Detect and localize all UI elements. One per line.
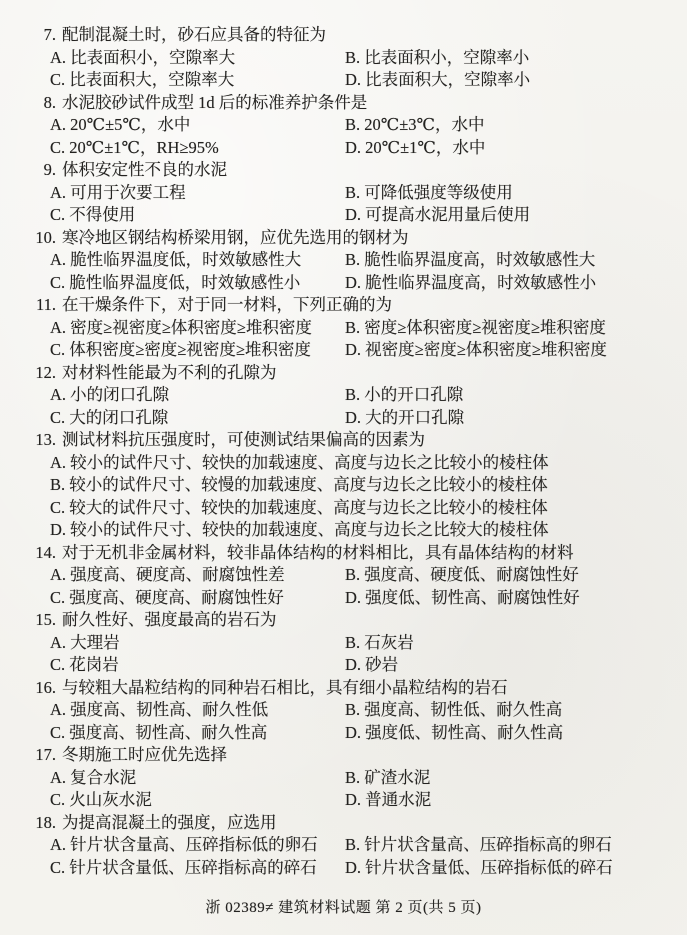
question: 7.配制混凝土时，砂石应具备的特征为A. 比表面积小，空隙率大B. 比表面积小，…	[22, 24, 677, 92]
option: A. 密度≥视密度≥体积密度≥堆积密度	[50, 317, 345, 340]
option: A. 强度高、韧性高、耐久性低	[50, 699, 345, 722]
question-number: 15.	[22, 609, 56, 632]
option: B. 可降低强度等级使用	[345, 182, 677, 205]
question: 18.为提高混凝土的强度，应选用A. 针片状含量高、压碎指标低的卵石B. 针片状…	[22, 812, 677, 880]
question-stem: 在干燥条件下，对于同一材料，下列正确的为	[62, 294, 392, 317]
exam-page: 7.配制混凝土时，砂石应具备的特征为A. 比表面积小，空隙率大B. 比表面积小，…	[0, 0, 687, 935]
option: A. 较小的试件尺寸、较快的加载速度、高度与边长之比较小的棱柱体	[50, 452, 677, 475]
option-group: A. 脆性临界温度低，时效敏感性大B. 脆性临界温度高，时效敏感性大C. 脆性临…	[22, 249, 677, 294]
page-footer: 浙 02389≠ 建筑材料试题 第 2 页(共 5 页)	[0, 897, 687, 920]
option: C. 较大的试件尺寸、较快的加载速度、高度与边长之比较小的棱柱体	[50, 497, 677, 520]
option: B. 矿渣水泥	[345, 767, 677, 790]
question: 13.测试材料抗压强度时，可使测试结果偏高的因素为A. 较小的试件尺寸、较快的加…	[22, 429, 677, 542]
option: A. 大理岩	[50, 632, 345, 655]
option: C. 强度高、韧性高、耐久性高	[50, 722, 345, 745]
question-stem: 为提高混凝土的强度，应选用	[62, 812, 277, 835]
question: 9.体积安定性不良的水泥A. 可用于次要工程B. 可降低强度等级使用C. 不得使…	[22, 159, 677, 227]
question-stem: 配制混凝土时，砂石应具备的特征为	[62, 24, 326, 47]
option: A. 比表面积小，空隙率大	[50, 47, 345, 70]
option: D. 大的开口孔隙	[345, 407, 677, 430]
question-number: 9.	[22, 159, 56, 182]
option: B. 20℃±3℃，水中	[345, 114, 677, 137]
option-group: A. 大理岩B. 石灰岩C. 花岗岩D. 砂岩	[22, 632, 677, 677]
option: D. 强度低、韧性高、耐腐蚀性好	[345, 587, 677, 610]
option: C. 20℃±1℃，RH≥95%	[50, 137, 345, 160]
option: B. 较小的试件尺寸、较慢的加载速度、高度与边长之比较小的棱柱体	[50, 474, 677, 497]
option: B. 强度高、硬度低、耐腐蚀性好	[345, 564, 677, 587]
option-group: A. 针片状含量高、压碎指标低的卵石B. 针片状含量高、压碎指标高的卵石C. 针…	[22, 834, 677, 879]
question-stem-row: 9.体积安定性不良的水泥	[22, 159, 677, 182]
option: C. 花岗岩	[50, 654, 345, 677]
option: C. 强度高、硬度高、耐腐蚀性好	[50, 587, 345, 610]
question-stem-row: 11.在干燥条件下，对于同一材料，下列正确的为	[22, 294, 677, 317]
option: D. 普通水泥	[345, 789, 677, 812]
question: 8.水泥胶砂试件成型 1d 后的标准养护条件是A. 20℃±5℃，水中B. 20…	[22, 92, 677, 160]
option-group: A. 可用于次要工程B. 可降低强度等级使用C. 不得使用D. 可提高水泥用量后…	[22, 182, 677, 227]
option: C. 不得使用	[50, 204, 345, 227]
option: C. 体积密度≥密度≥视密度≥堆积密度	[50, 339, 345, 362]
question-stem-row: 16.与较粗大晶粒结构的同种岩石相比，具有细小晶粒结构的岩石	[22, 677, 677, 700]
option: B. 密度≥体积密度≥视密度≥堆积密度	[345, 317, 677, 340]
option: D. 脆性临界温度高，时效敏感性小	[345, 272, 677, 295]
question-number: 14.	[22, 542, 56, 565]
option: C. 大的闭口孔隙	[50, 407, 345, 430]
question-stem-row: 12.对材料性能最为不利的孔隙为	[22, 362, 677, 385]
question-stem: 与较粗大晶粒结构的同种岩石相比，具有细小晶粒结构的岩石	[62, 677, 508, 700]
question: 14.对于无机非金属材料，较非晶体结构的材料相比，具有晶体结构的材料A. 强度高…	[22, 542, 677, 610]
question-stem-row: 18.为提高混凝土的强度，应选用	[22, 812, 677, 835]
option-group: A. 20℃±5℃，水中B. 20℃±3℃，水中C. 20℃±1℃，RH≥95%…	[22, 114, 677, 159]
question-number: 11.	[22, 294, 56, 317]
question-stem: 寒冷地区钢结构桥梁用钢，应优先选用的钢材为	[62, 227, 409, 250]
option: A. 针片状含量高、压碎指标低的卵石	[50, 834, 345, 857]
question: 11.在干燥条件下，对于同一材料，下列正确的为A. 密度≥视密度≥体积密度≥堆积…	[22, 294, 677, 362]
question-stem: 水泥胶砂试件成型 1d 后的标准养护条件是	[62, 92, 367, 115]
question-stem: 对材料性能最为不利的孔隙为	[62, 362, 277, 385]
question: 12.对材料性能最为不利的孔隙为A. 小的闭口孔隙B. 小的开口孔隙C. 大的闭…	[22, 362, 677, 430]
question: 10.寒冷地区钢结构桥梁用钢，应优先选用的钢材为A. 脆性临界温度低，时效敏感性…	[22, 227, 677, 295]
question-stem: 测试材料抗压强度时，可使测试结果偏高的因素为	[62, 429, 425, 452]
option: D. 视密度≥密度≥体积密度≥堆积密度	[345, 339, 677, 362]
question-number: 16.	[22, 677, 56, 700]
question-number: 7.	[22, 24, 56, 47]
question-stem-row: 17.冬期施工时应优先选择	[22, 744, 677, 767]
option-group: A. 复合水泥B. 矿渣水泥C. 火山灰水泥D. 普通水泥	[22, 767, 677, 812]
option: B. 针片状含量高、压碎指标高的卵石	[345, 834, 677, 857]
question: 16.与较粗大晶粒结构的同种岩石相比，具有细小晶粒结构的岩石A. 强度高、韧性高…	[22, 677, 677, 745]
question-stem: 体积安定性不良的水泥	[62, 159, 227, 182]
option: D. 较小的试件尺寸、较快的加载速度、高度与边长之比较大的棱柱体	[50, 519, 677, 542]
option: D. 比表面积大，空隙率小	[345, 69, 677, 92]
question-list: 7.配制混凝土时，砂石应具备的特征为A. 比表面积小，空隙率大B. 比表面积小，…	[0, 24, 687, 879]
question-number: 18.	[22, 812, 56, 835]
option: C. 火山灰水泥	[50, 789, 345, 812]
option: B. 脆性临界温度高，时效敏感性大	[345, 249, 677, 272]
option-group: A. 较小的试件尺寸、较快的加载速度、高度与边长之比较小的棱柱体B. 较小的试件…	[22, 452, 677, 542]
option: A. 20℃±5℃，水中	[50, 114, 345, 137]
question-stem-row: 14.对于无机非金属材料，较非晶体结构的材料相比，具有晶体结构的材料	[22, 542, 677, 565]
option: D. 砂岩	[345, 654, 677, 677]
option-group: A. 强度高、硬度高、耐腐蚀性差B. 强度高、硬度低、耐腐蚀性好C. 强度高、硬…	[22, 564, 677, 609]
option: B. 小的开口孔隙	[345, 384, 677, 407]
question: 15.耐久性好、强度最高的岩石为A. 大理岩B. 石灰岩C. 花岗岩D. 砂岩	[22, 609, 677, 677]
option: D. 针片状含量低、压碎指标低的碎石	[345, 857, 677, 880]
option: D. 可提高水泥用量后使用	[345, 204, 677, 227]
question-number: 12.	[22, 362, 56, 385]
option: D. 20℃±1℃，水中	[345, 137, 677, 160]
question-stem-row: 8.水泥胶砂试件成型 1d 后的标准养护条件是	[22, 92, 677, 115]
question: 17.冬期施工时应优先选择A. 复合水泥B. 矿渣水泥C. 火山灰水泥D. 普通…	[22, 744, 677, 812]
option-group: A. 小的闭口孔隙B. 小的开口孔隙C. 大的闭口孔隙D. 大的开口孔隙	[22, 384, 677, 429]
option: B. 石灰岩	[345, 632, 677, 655]
option: A. 强度高、硬度高、耐腐蚀性差	[50, 564, 345, 587]
option: C. 脆性临界温度低，时效敏感性小	[50, 272, 345, 295]
question-number: 10.	[22, 227, 56, 250]
question-number: 8.	[22, 92, 56, 115]
option: B. 比表面积小，空隙率小	[345, 47, 677, 70]
option-group: A. 强度高、韧性高、耐久性低B. 强度高、韧性低、耐久性高C. 强度高、韧性高…	[22, 699, 677, 744]
footer-text: 浙 02389≠ 建筑材料试题 第 2 页(共 5 页)	[206, 900, 482, 916]
option: B. 强度高、韧性低、耐久性高	[345, 699, 677, 722]
option-group: A. 比表面积小，空隙率大B. 比表面积小，空隙率小C. 比表面积大，空隙率大D…	[22, 47, 677, 92]
question-number: 17.	[22, 744, 56, 767]
option: A. 复合水泥	[50, 767, 345, 790]
question-stem: 冬期施工时应优先选择	[62, 744, 227, 767]
question-stem-row: 15.耐久性好、强度最高的岩石为	[22, 609, 677, 632]
question-stem-row: 7.配制混凝土时，砂石应具备的特征为	[22, 24, 677, 47]
option: D. 强度低、韧性高、耐久性高	[345, 722, 677, 745]
question-stem-row: 10.寒冷地区钢结构桥梁用钢，应优先选用的钢材为	[22, 227, 677, 250]
option: A. 小的闭口孔隙	[50, 384, 345, 407]
option-group: A. 密度≥视密度≥体积密度≥堆积密度B. 密度≥体积密度≥视密度≥堆积密度C.…	[22, 317, 677, 362]
question-number: 13.	[22, 429, 56, 452]
option: C. 针片状含量低、压碎指标高的碎石	[50, 857, 345, 880]
option: A. 可用于次要工程	[50, 182, 345, 205]
question-stem-row: 13.测试材料抗压强度时，可使测试结果偏高的因素为	[22, 429, 677, 452]
question-stem: 对于无机非金属材料，较非晶体结构的材料相比，具有晶体结构的材料	[62, 542, 574, 565]
option: C. 比表面积大，空隙率大	[50, 69, 345, 92]
option: A. 脆性临界温度低，时效敏感性大	[50, 249, 345, 272]
question-stem: 耐久性好、强度最高的岩石为	[62, 609, 277, 632]
